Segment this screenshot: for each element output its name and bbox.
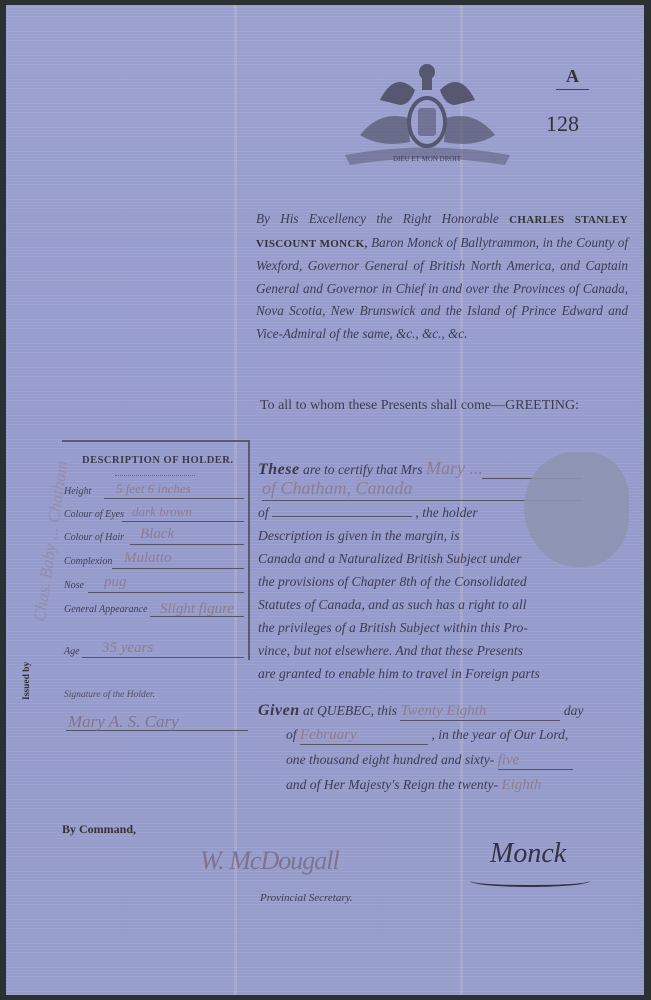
complexion-label: Complexion	[64, 556, 112, 567]
by-command-label: By Command,	[62, 822, 136, 837]
given-word: Given	[258, 702, 300, 719]
certificate-line-6: the provisions of Chapter 8th of the Con…	[258, 574, 527, 590]
certificate-line-5: Canada and a Naturalized British Subject…	[258, 551, 522, 567]
complexion-value: Mulatto	[124, 550, 172, 567]
signature-flourish	[470, 875, 590, 887]
these-word: These	[258, 461, 300, 478]
royal-coat-of-arms-icon: DIEU ET MON DROIT	[340, 60, 515, 170]
month-value: February	[300, 727, 428, 745]
age-value: 35 years	[102, 640, 153, 657]
certificate-line-8: the privileges of a British Subject with…	[258, 620, 528, 636]
holder-residence: of Chatham, Canada	[262, 478, 413, 499]
hair-line	[130, 544, 244, 545]
description-title: DESCRIPTION OF HOLDER.	[82, 455, 234, 466]
hair-label: Colour of Hair	[64, 532, 124, 543]
certificate-line-1: These are to certify that Mrs Mary ...	[258, 458, 483, 479]
year-line: one thousand eight hundred and sixty- fi…	[286, 752, 573, 770]
nose-line	[88, 592, 244, 593]
appearance-label: General Appearance	[64, 604, 147, 615]
year-value: five	[498, 752, 573, 770]
issued-by-label: Issued by	[22, 662, 32, 700]
governor-name-1: CHARLES	[509, 214, 564, 226]
serial-number: 128	[546, 111, 579, 137]
wafer-seal	[524, 452, 629, 567]
greeting: To all to whom these Presents shall come…	[260, 398, 579, 414]
certificate-line-3: of , the holder	[258, 505, 478, 521]
serial-letter: A	[556, 66, 589, 90]
certificate-line-4: Description is given in the margin, is	[258, 528, 460, 544]
reign-line: and of Her Majesty's Reign the twenty- E…	[286, 777, 541, 794]
certificate-line-7: Statutes of Canada, and as such has a ri…	[258, 597, 527, 613]
signature-label: Signature of the Holder.	[64, 690, 155, 700]
age-label: Age	[64, 646, 80, 657]
complexion-line	[112, 568, 244, 569]
preamble-titles: Baron Monck of Ballytrammon, in the Coun…	[256, 235, 628, 341]
divider	[115, 475, 195, 476]
height-line	[104, 498, 244, 499]
holder-name: Mary ...	[426, 458, 483, 478]
height-value: 5 feet 6 inches	[116, 481, 191, 497]
secretary-title: Provincial Secretary.	[260, 892, 353, 904]
day-value: Twenty Eighth	[400, 703, 560, 721]
secretary-signature: W. McDougall	[200, 846, 339, 876]
reign-value: Eighth	[501, 777, 541, 793]
certificate-line-9: vince, but not elsewhere. And that these…	[258, 643, 523, 659]
month-line: of February , in the year of Our Lord,	[286, 727, 568, 745]
eyes-value: dark brown	[132, 504, 192, 520]
nose-value: pug	[104, 574, 127, 591]
preamble-intro: By His Excellency the Right Honorable	[256, 211, 499, 226]
given-line: Given at QUEBEC, this Twenty Eighth day	[258, 702, 584, 721]
eyes-line	[122, 521, 244, 522]
certificate-line-10: are granted to enable him to travel in F…	[258, 666, 540, 682]
hair-value: Black	[140, 526, 174, 543]
holder-signature: Mary A. S. Cary	[68, 712, 179, 732]
governor-signature: Monck	[490, 838, 566, 870]
svg-text:DIEU ET MON DROIT: DIEU ET MON DROIT	[393, 155, 462, 163]
age-line	[82, 657, 244, 658]
nose-label: Nose	[64, 580, 84, 591]
eyes-label: Colour of Eyes	[64, 509, 124, 520]
preamble: By His Excellency the Right Honorable CH…	[256, 208, 628, 346]
appearance-value: Slight figure	[160, 598, 250, 620]
